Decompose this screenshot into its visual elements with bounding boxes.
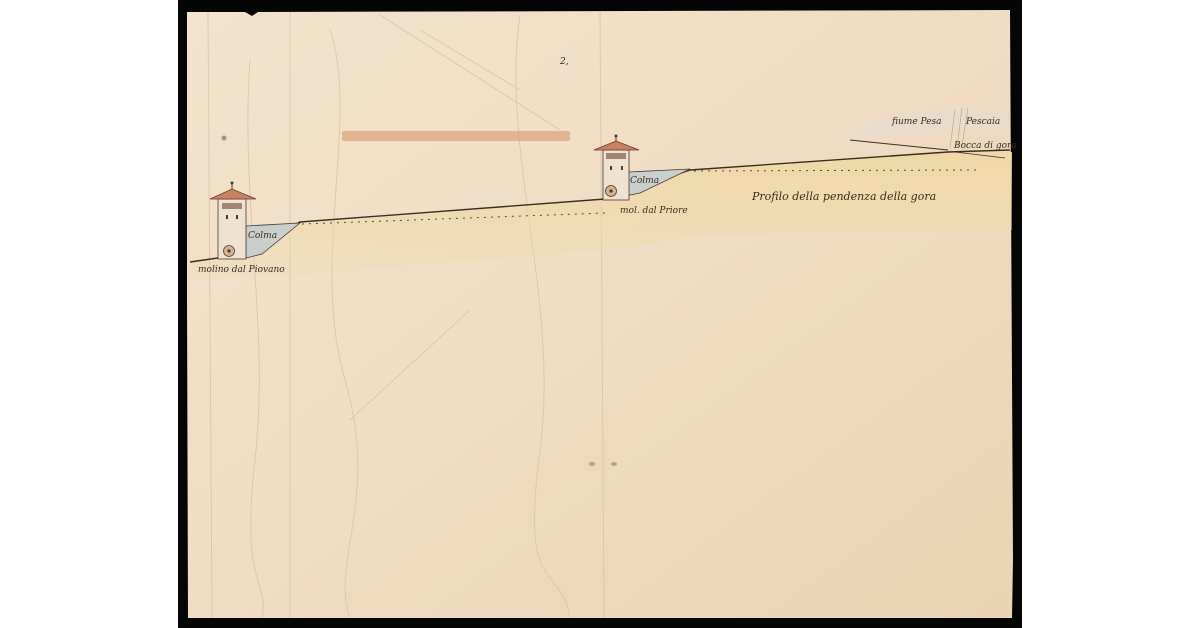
label-channel-mouth: Bocca di gora [953, 141, 1017, 151]
manuscript-sheet: molino dal Piovano Colma mol. dal Priore… [0, 0, 1200, 628]
label-weir: Pescaia [965, 117, 1000, 127]
label-left-reservoir: Colma [248, 231, 277, 241]
label-river: fiume Pesa [891, 117, 941, 127]
label-center-reservoir: Colma [630, 176, 659, 186]
paper [187, 10, 1013, 618]
stain-bar [342, 131, 570, 141]
label-profile-title: Profilo della pendenza della gora [751, 190, 936, 203]
label-left-mill: molino dal Piovano [198, 265, 285, 275]
label-center-mill: mol. dal Priore [620, 206, 688, 216]
label-corner-mark: 2, [559, 57, 569, 67]
